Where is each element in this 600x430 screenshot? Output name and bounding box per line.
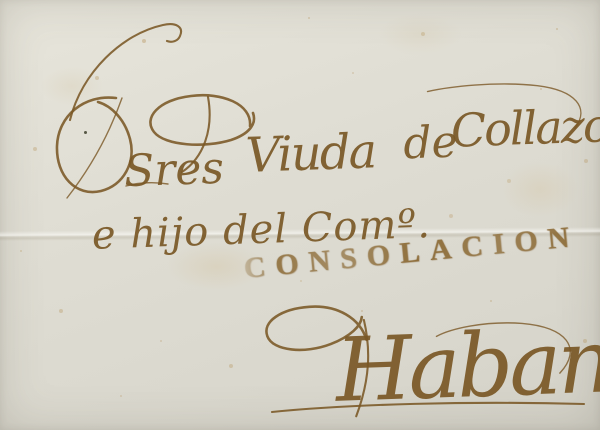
- addressee-salutation: Sres: [123, 143, 225, 197]
- address-line1: Sres Viuda de Collazo: [122, 80, 600, 197]
- destination-block: Habana: [266, 295, 600, 425]
- addressee-word-viuda: Viuda: [245, 123, 376, 183]
- handwriting-layer: Sres Viuda de Collazo e hijo del Comº. H…: [0, 0, 600, 430]
- postal-cover-scan: Sres Viuda de Collazo e hijo del Comº. H…: [0, 0, 600, 430]
- addressee-word-collazo: Collazo: [450, 98, 600, 157]
